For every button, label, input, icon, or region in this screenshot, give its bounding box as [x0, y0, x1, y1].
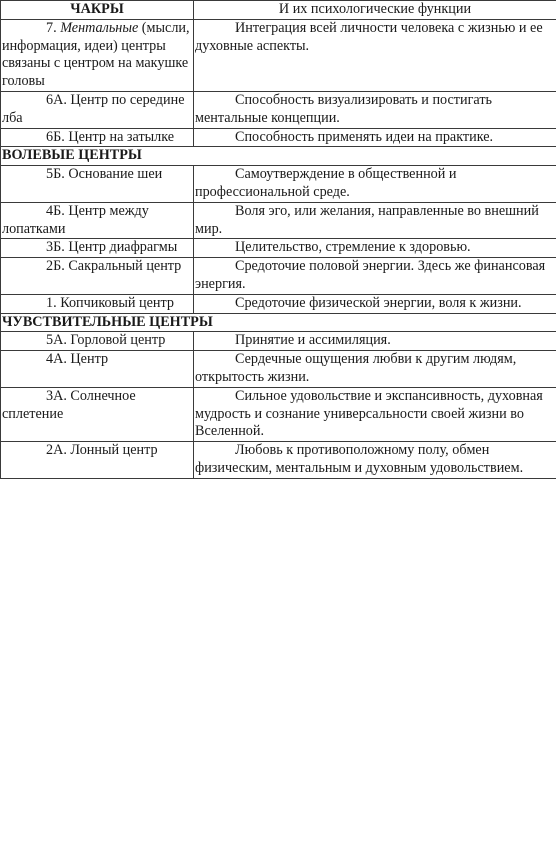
chakra-cell: 3А. Солнечное сплетение	[1, 387, 194, 441]
table-row: 3А. Солнечное сплетение Сильное удовольс…	[1, 387, 556, 441]
chakra-cell: 5Б. Основание шеи	[1, 166, 194, 203]
function-cell: Средоточие физической энергии, воля к жи…	[194, 294, 556, 313]
chakra-cell: 4А. Центр	[1, 351, 194, 388]
chakra-cell: 2А. Лонный центр	[1, 442, 194, 479]
function-cell: Способность визуализировать и постигать …	[194, 91, 556, 128]
chakra-cell: 7. Ментальные (мысли, информация, идеи) …	[1, 19, 194, 91]
section-title: ЧУВСТВИТЕЛЬНЫЕ ЦЕНТРЫ	[1, 313, 556, 332]
table-row: 2Б. Сакральный центр Средоточие половой …	[1, 258, 556, 295]
table-row: 4Б. Центр между лопатками Воля эго, или …	[1, 202, 556, 239]
function-cell: Принятие и ассимиляция.	[194, 332, 556, 351]
chakra-cell: 6А. Центр по середине лба	[1, 91, 194, 128]
chakra-cell: 5А. Горловой центр	[1, 332, 194, 351]
table-header-row: ЧАКРЫ И их психологические функции	[1, 1, 556, 20]
function-cell: Интеграция всей личности человека с жизн…	[194, 19, 556, 91]
section-header-row: ВОЛЕВЫЕ ЦЕНТРЫ	[1, 147, 556, 166]
table-row: 3Б. Центр диафрагмы Целительство, стремл…	[1, 239, 556, 258]
function-cell: Сильное удовольствие и экспансивность, д…	[194, 387, 556, 441]
chakra-name-italic: Ментальные	[60, 20, 138, 36]
chakra-cell: 6Б. Центр на затылке	[1, 128, 194, 147]
chakra-cell: 4Б. Центр между лопатками	[1, 202, 194, 239]
header-chakras: ЧАКРЫ	[1, 1, 194, 20]
header-functions: И их психологические функции	[194, 1, 556, 20]
chakra-cell: 1. Копчиковый центр	[1, 294, 194, 313]
table-row: 6Б. Центр на затылке Способность применя…	[1, 128, 556, 147]
table-row: 1. Копчиковый центр Средоточие физическо…	[1, 294, 556, 313]
document-page: ЧАКРЫ И их психологические функции 7. Ме…	[0, 0, 556, 479]
function-cell: Воля эго, или желания, направленные во в…	[194, 202, 556, 239]
section-header-row: ЧУВСТВИТЕЛЬНЫЕ ЦЕНТРЫ	[1, 313, 556, 332]
chakra-cell: 2Б. Сакральный центр	[1, 258, 194, 295]
section-title: ВОЛЕВЫЕ ЦЕНТРЫ	[1, 147, 556, 166]
chakras-table: ЧАКРЫ И их психологические функции 7. Ме…	[0, 0, 556, 479]
table-row: 5Б. Основание шеи Самоутверждение в обще…	[1, 166, 556, 203]
table-row: 6А. Центр по середине лба Способность ви…	[1, 91, 556, 128]
function-cell: Целительство, стремление к здоровью.	[194, 239, 556, 258]
table-row: 2А. Лонный центр Любовь к противоположно…	[1, 442, 556, 479]
function-cell: Сердечные ощущения любви к другим людям,…	[194, 351, 556, 388]
chakra-number: 7.	[46, 20, 57, 36]
function-cell: Способность применять идеи на практике.	[194, 128, 556, 147]
function-cell: Средоточие половой энергии. Здесь же фин…	[194, 258, 556, 295]
table-row: 5А. Горловой центр Принятие и ассимиляци…	[1, 332, 556, 351]
table-row: 4А. Центр Сердечные ощущения любви к дру…	[1, 351, 556, 388]
function-cell: Самоутверждение в общественной и професс…	[194, 166, 556, 203]
table-row: 7. Ментальные (мысли, информация, идеи) …	[1, 19, 556, 91]
function-cell: Любовь к противоположному полу, обмен фи…	[194, 442, 556, 479]
chakra-cell: 3Б. Центр диафрагмы	[1, 239, 194, 258]
